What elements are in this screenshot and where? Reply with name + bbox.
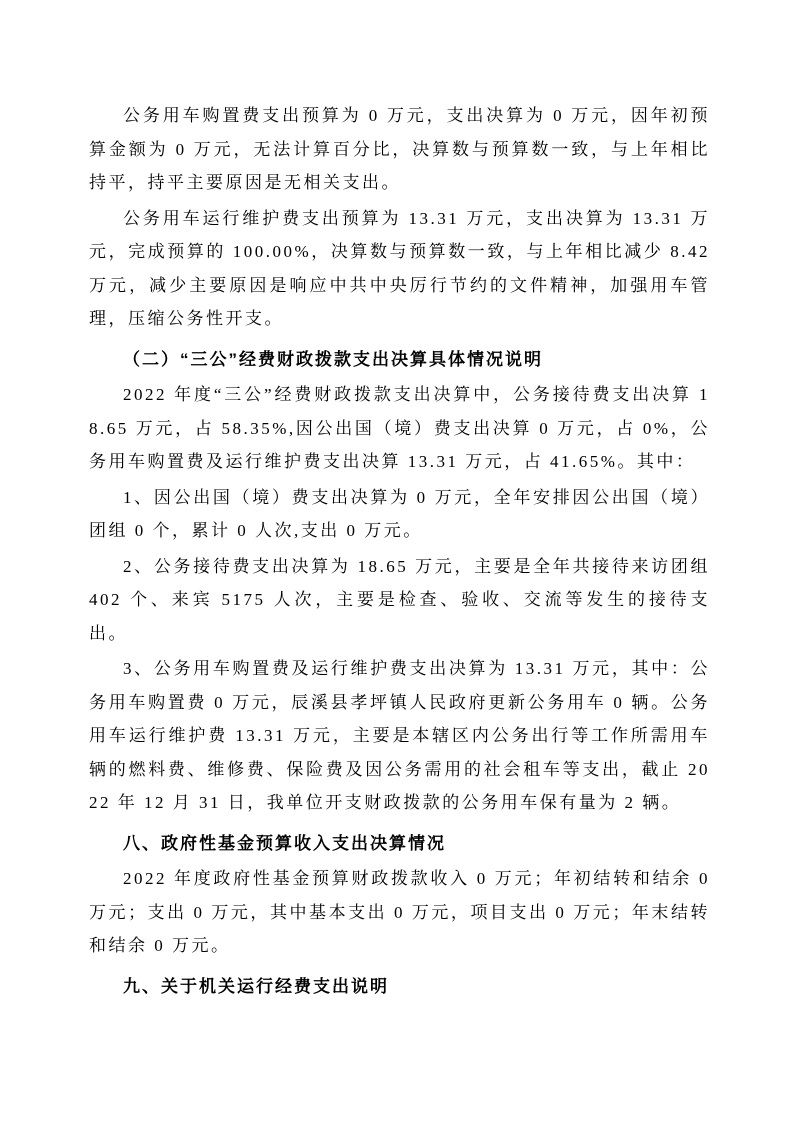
paragraph-vehicle-purchase-budget: 公务用车购置费支出预算为 0 万元，支出决算为 0 万元，因年初预算金额为 0 … (89, 99, 710, 200)
section-heading-three-public-expenses-detail: （二）“三公”经费财政拨款支出决算具体情况说明 (89, 343, 710, 377)
paragraph-item-3-vehicle-expenses: 3、公务用车购置费及运行维护费支出决算为 13.31 万元，其中：公务用车购置费… (89, 652, 710, 820)
document-page: 公务用车购置费支出预算为 0 万元，支出决算为 0 万元，因年初预算金额为 0 … (0, 0, 793, 1122)
paragraph-vehicle-operation-budget: 公务用车运行维护费支出预算为 13.31 万元，支出决算为 13.31 万元，完… (89, 202, 710, 336)
paragraph-government-fund-detail: 2022 年度政府性基金预算财政拨款收入 0 万元；年初结转和结余 0 万元；支… (89, 862, 710, 963)
section-heading-agency-operation-expenses: 九、关于机关运行经费支出说明 (89, 970, 710, 1004)
paragraph-three-public-expenses-summary: 2022 年度“三公”经费财政拨款支出决算中，公务接待费支出决算 18.65 万… (89, 378, 710, 479)
paragraph-item-1-overseas-trips: 1、因公出国（境）费支出决算为 0 万元，全年安排因公出国（境）团组 0 个，累… (89, 481, 710, 548)
paragraph-item-2-official-reception: 2、公务接待费支出决算为 18.65 万元，主要是全年共接待来访团组 402 个… (89, 550, 710, 651)
section-heading-government-fund-budget: 八、政府性基金预算收入支出决算情况 (89, 827, 710, 861)
